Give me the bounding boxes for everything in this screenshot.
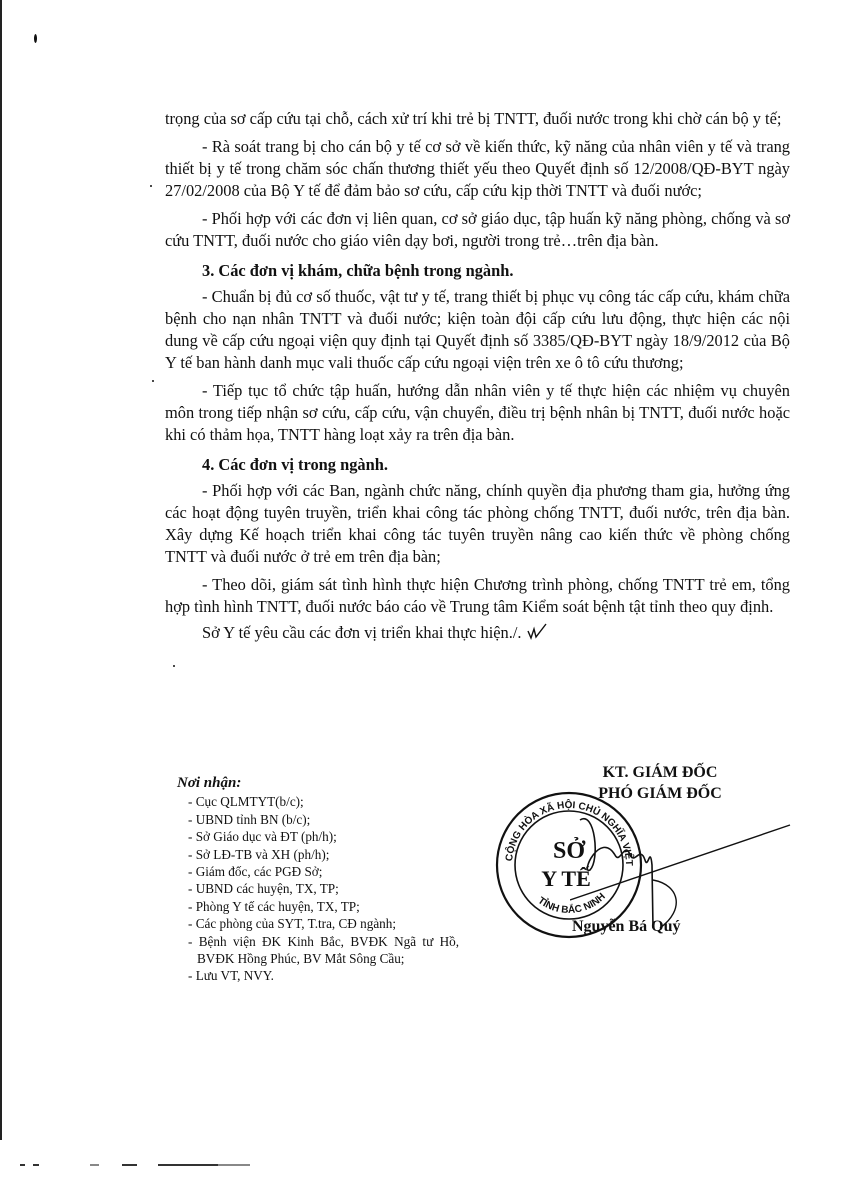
recipient-item: - Cục QLMTYT(b/c); — [183, 793, 458, 810]
paragraph-bullet: - Tiếp tục tổ chức tập huấn, hướng dẫn n… — [165, 380, 790, 446]
scan-speck — [173, 665, 175, 667]
document-body: trọng của sơ cấp cứu tại chỗ, cách xử tr… — [165, 108, 790, 644]
paragraph-continuation: trọng của sơ cấp cứu tại chỗ, cách xử tr… — [165, 108, 790, 130]
paragraph-bullet: - Phối hợp với các Ban, ngành chức năng,… — [165, 480, 790, 568]
recipients-block: Nơi nhận: - Cục QLMTYT(b/c); - UBND tỉnh… — [183, 775, 458, 985]
initials-mark-icon — [526, 623, 548, 641]
recipient-item: - Phòng Y tế các huyện, TX, TP; — [183, 898, 458, 915]
recipient-item: - Các phòng của SYT, T.tra, CĐ ngành; — [183, 915, 458, 932]
signer-name: Nguyễn Bá Quý — [572, 918, 680, 936]
scan-speck — [150, 185, 152, 187]
paragraph-bullet: - Chuẩn bị đủ cơ số thuốc, vật tư y tế, … — [165, 286, 790, 374]
scan-speck — [152, 380, 154, 382]
recipients-title: Nơi nhận: — [177, 775, 458, 792]
recipient-item: - Sở Giáo dục và ĐT (ph/h); — [183, 828, 458, 845]
scan-speck — [34, 34, 37, 43]
scan-footer-marks — [0, 1164, 848, 1170]
scan-edge-line — [0, 0, 2, 1140]
closing-text: Sở Y tế yêu cầu các đơn vị triển khai th… — [202, 623, 521, 642]
recipients-list: - Cục QLMTYT(b/c); - UBND tỉnh BN (b/c);… — [183, 793, 458, 984]
handwritten-signature-icon — [570, 800, 848, 930]
recipient-item: - UBND tỉnh BN (b/c); — [183, 811, 458, 828]
section-heading-4: 4. Các đơn vị trong ngành. — [165, 454, 790, 476]
recipient-item: - Giám đốc, các PGĐ Sở; — [183, 863, 458, 880]
paragraph-bullet: - Rà soát trang bị cho cán bộ y tế cơ sở… — [165, 136, 790, 202]
section-heading-3: 3. Các đơn vị khám, chữa bệnh trong ngàn… — [165, 260, 790, 282]
recipient-item: - Sở LĐ-TB và XH (ph/h); — [183, 846, 458, 863]
recipient-item: - UBND các huyện, TX, TP; — [183, 880, 458, 897]
paragraph-bullet: - Phối hợp với các đơn vị liên quan, cơ … — [165, 208, 790, 252]
paragraph-bullet: - Theo dõi, giám sát tình hình thực hiện… — [165, 574, 790, 618]
signature-title-line1: KT. GIÁM ĐỐC — [560, 762, 760, 783]
closing-line: Sở Y tế yêu cầu các đơn vị triển khai th… — [165, 622, 790, 644]
recipient-item: - Lưu VT, NVY. — [183, 967, 458, 984]
recipient-item: - Bệnh viện ĐK Kinh Bắc, BVĐK Ngã tư Hồ,… — [183, 933, 459, 968]
